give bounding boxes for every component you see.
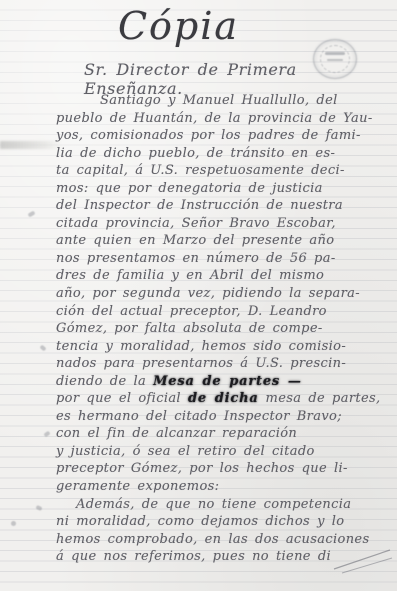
handwritten-line: geramente exponemos:	[56, 478, 390, 496]
handwritten-line: citada provincia, Señor Bravo Escobar,	[56, 215, 390, 233]
document-title: Cópia	[0, 4, 357, 48]
stamp-illegible-text	[325, 52, 345, 55]
margin-mark	[27, 211, 35, 218]
handwritten-line: Santiago y Manuel Huallullo, del	[56, 92, 390, 110]
handwritten-line: diendo de la Mesa de partes —	[56, 373, 390, 391]
margin-mark	[35, 505, 42, 511]
handwritten-line: preceptor Gómez, por los hechos que li-	[56, 460, 390, 478]
body-text: Santiago y Manuel Huallullo, delpueblo d…	[56, 92, 390, 566]
handwritten-line: es hermano del citado Inspector Bravo;	[56, 408, 390, 426]
handwritten-line: del Inspector de Instrucción de nuestra	[56, 197, 390, 215]
margin-mark	[11, 521, 16, 526]
pen-flourish	[332, 542, 394, 576]
handwritten-line: ción del actual preceptor, D. Leandro	[56, 303, 390, 321]
handwritten-line: yos, comisionados por los padres de fami…	[56, 127, 390, 145]
handwritten-line: nos presentamos en número de 56 pa-	[56, 250, 390, 268]
margin-mark	[43, 431, 50, 438]
margin-mark	[39, 345, 46, 352]
handwritten-line: ni moralidad, como dejamos dichos y lo	[56, 513, 390, 531]
scanned-manuscript-page: Cópia Sr. Director de Primera Enseñanza.…	[0, 0, 397, 591]
handwritten-line: con el fin de alcanzar reparación	[56, 425, 390, 443]
handwritten-line: nados para presentarnos á U.S. prescin-	[56, 355, 390, 373]
handwritten-line: ta capital, á U.S. respetuosamente deci-	[56, 162, 390, 180]
handwritten-line: y justicia, ó sea el retiro del citado	[56, 443, 390, 461]
handwritten-line: Además, de que no tiene competencia	[56, 496, 390, 514]
handwritten-line: Gómez, por falta absoluta de compe-	[56, 320, 390, 338]
handwritten-line: lia de dicho pueblo, de tránsito en es-	[56, 145, 390, 163]
handwritten-line: mos: que por denegatoria de justicia	[56, 180, 390, 198]
eraser-smudge	[0, 141, 62, 149]
handwritten-line: por que el oficial de dicha mesa de part…	[56, 390, 390, 408]
handwritten-line: tencia y moralidad, hemos sido comisio-	[56, 338, 390, 356]
handwritten-line: año, por segunda vez, pidiendo la separa…	[56, 285, 390, 303]
overwritten-smudged-text: de dicha	[188, 391, 259, 406]
handwritten-line: dres de familia y en Abril del mismo	[56, 267, 390, 285]
handwritten-line: ante quien en Marzo del presente año	[56, 232, 390, 250]
overwritten-smudged-text: Mesa de partes —	[153, 374, 302, 389]
handwritten-line: pueblo de Huantán, de la provincia de Ya…	[56, 110, 390, 128]
